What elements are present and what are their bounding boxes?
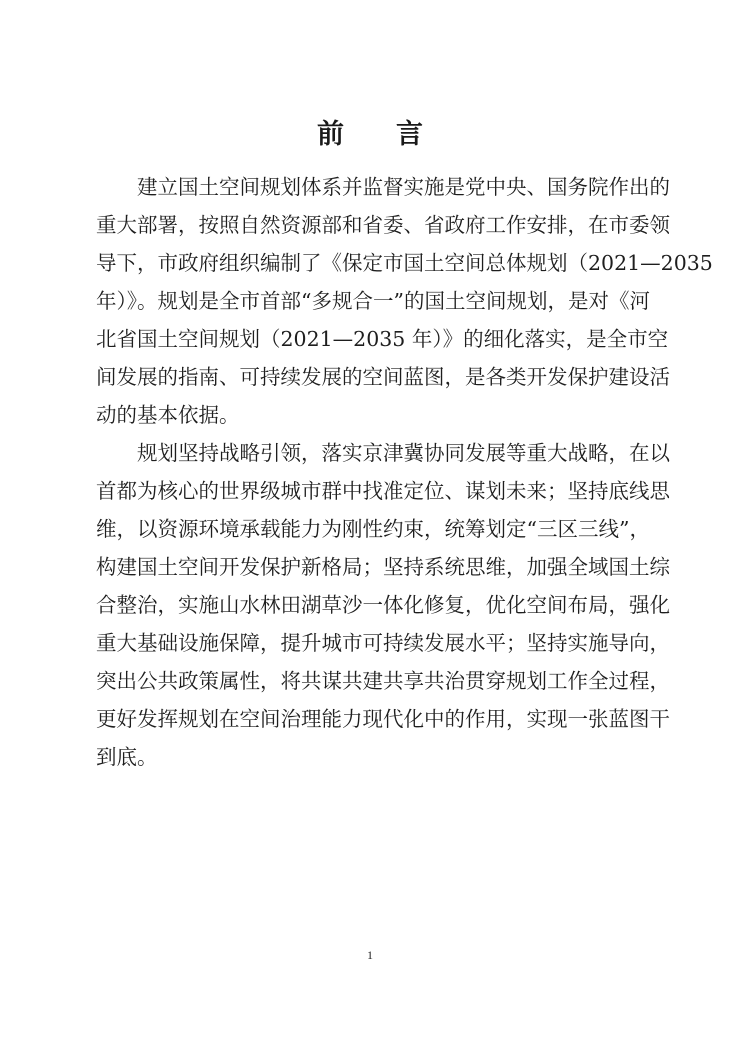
- text-line: 间发展的指南、可持续发展的空间蓝图，是各类开发保护建设活: [96, 358, 648, 396]
- text-line: 突出公共政策属性，将共谋共建共享共治贯穿规划工作全过程，: [96, 662, 648, 700]
- title-char-1: 前: [317, 112, 344, 151]
- text-line: 规划坚持战略引领，落实京津冀协同发展等重大战略，在以: [96, 434, 648, 472]
- text-line: 构建国土空间开发保护新格局；坚持系统思维，加强全域国土综: [96, 548, 648, 586]
- text-line: 首都为核心的世界级城市群中找准定位、谋划未来；坚持底线思: [96, 472, 648, 510]
- text-line: 重大部署，按照自然资源部和省委、省政府工作安排，在市委领: [96, 206, 648, 244]
- text-line: 合整治，实施山水林田湖草沙一体化修复，优化空间布局，强化: [96, 586, 648, 624]
- text-line: 北省国土空间规划（2021—2035 年）》的细化落实，是全市空: [96, 320, 648, 358]
- document-body: 建立国土空间规划体系并监督实施是党中央、国务院作出的 重大部署，按照自然资源部和…: [96, 168, 648, 776]
- text-line: 建立国土空间规划体系并监督实施是党中央、国务院作出的: [96, 168, 648, 206]
- text-line: 导下，市政府组织编制了《保定市国土空间总体规划（2021—2035: [96, 244, 648, 282]
- text-line: 维，以资源环境承载能力为刚性约束，统筹划定“三区三线”，: [96, 510, 648, 548]
- page-number: 1: [0, 948, 740, 963]
- paragraph-1: 建立国土空间规划体系并监督实施是党中央、国务院作出的 重大部署，按照自然资源部和…: [96, 168, 648, 434]
- text-line: 年）》。规划是全市首部“多规合一”的国土空间规划，是对《河: [96, 282, 648, 320]
- text-line: 到底。: [96, 738, 648, 776]
- text-line: 重大基础设施保障，提升城市可持续发展水平；坚持实施导向，: [96, 624, 648, 662]
- paragraph-2: 规划坚持战略引领，落实京津冀协同发展等重大战略，在以 首都为核心的世界级城市群中…: [96, 434, 648, 776]
- title-char-2: 言: [396, 112, 423, 151]
- document-page: 前言 建立国土空间规划体系并监督实施是党中央、国务院作出的 重大部署，按照自然资…: [0, 0, 740, 1047]
- text-line: 更好发挥规划在空间治理能力现代化中的作用，实现一张蓝图干: [96, 700, 648, 738]
- text-line: 动的基本依据。: [96, 396, 648, 434]
- page-title: 前言: [0, 112, 740, 151]
